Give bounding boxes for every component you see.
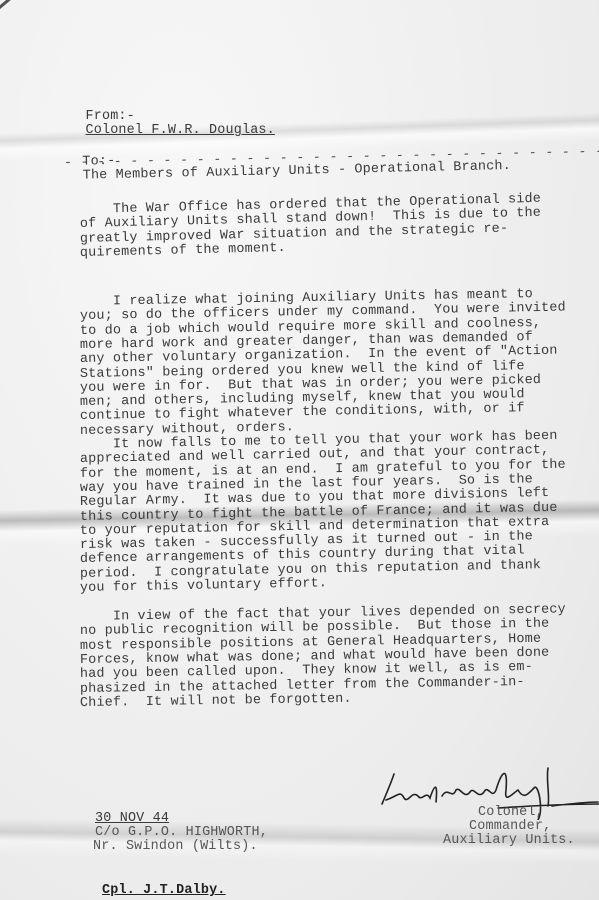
from-name: Colonel F.W.R. Douglas. — [85, 123, 274, 138]
address-line-2: Nr. Swindon (Wilts). — [93, 840, 258, 853]
recipient-name: Cpl. J.T.Dalby. — [102, 884, 226, 897]
signature-rank: Colonel, — [478, 806, 544, 819]
signature-unit: Auxiliary Units. — [443, 834, 575, 847]
letter-date: 30 NOV 44 — [95, 812, 169, 825]
address-line-1: C/o G.P.O. HIGHWORTH, — [95, 826, 268, 839]
signature-title: Commander, — [469, 820, 551, 833]
from-line: From:- Colonel F.W.R. Douglas. — [69, 97, 275, 137]
